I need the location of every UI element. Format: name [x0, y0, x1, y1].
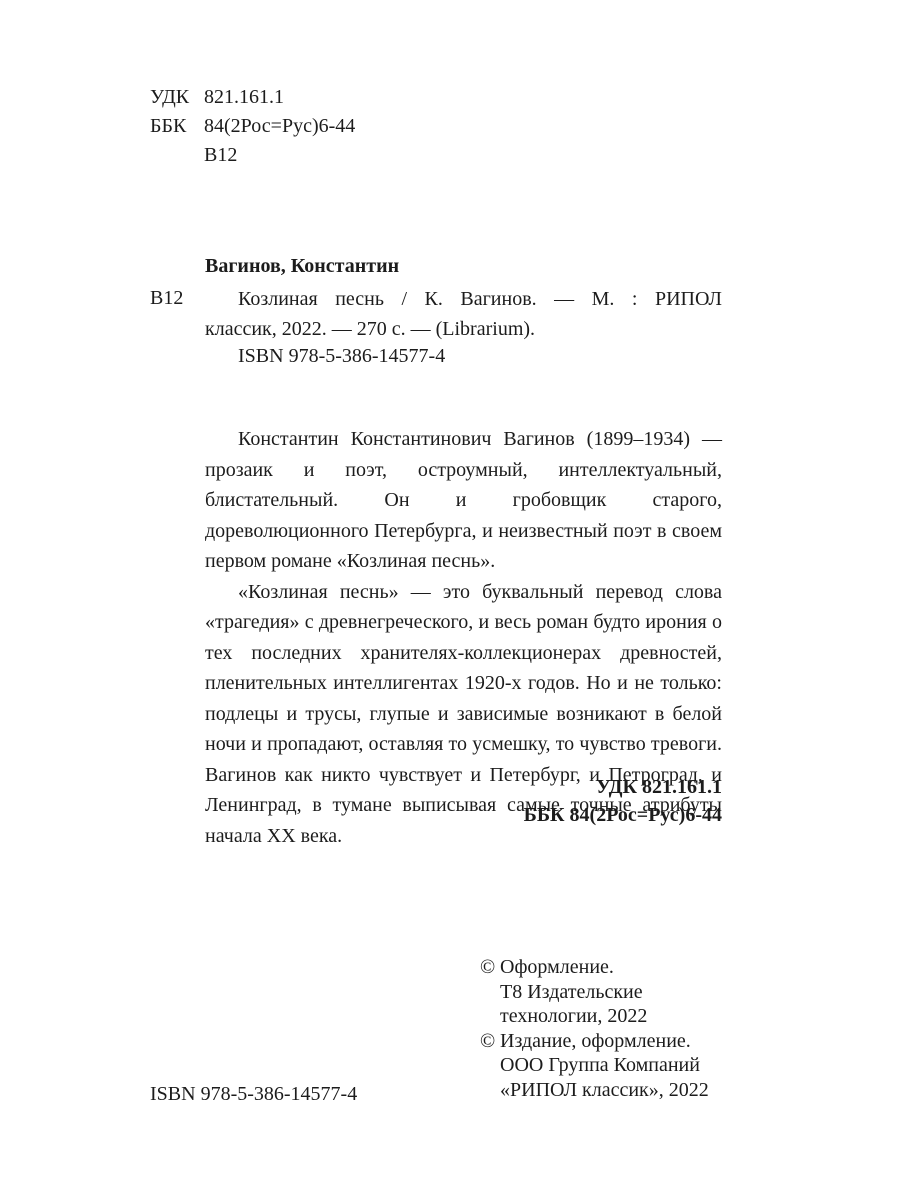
classification-summary: УДК 821.161.1 ББК 84(2Рос=Рус)6-44 — [524, 773, 722, 829]
record-author: Вагинов, Константин — [205, 252, 399, 280]
copyright-line: ООО Группа Компаний — [480, 1053, 709, 1078]
bbk-row: ББК84(2Рос=Рус)6-44 — [150, 112, 355, 140]
bib-line-1: Козлиная песнь / К. Вагинов. — М. : РИПО… — [205, 284, 722, 314]
bibliographic-description: Козлиная песнь / К. Вагинов. — М. : РИПО… — [205, 284, 722, 344]
copyright-icon: © — [480, 955, 500, 980]
copyright-line: технологии, 2022 — [480, 1004, 709, 1029]
bib-line-2: классик, 2022. — 270 с. — (Librarium). — [205, 314, 722, 344]
copyright-line: Оформление. — [500, 956, 614, 978]
annotation-paragraph: Константин Константинович Вагинов (1899–… — [205, 424, 722, 577]
copyright-line: Т8 Издательские — [480, 980, 709, 1005]
author-code-row: В12 — [150, 141, 237, 169]
copyright-line: Издание, оформление. — [500, 1030, 691, 1052]
record-isbn: ISBN 978-5-386-14577-4 — [238, 341, 445, 371]
udk-value: 821.161.1 — [204, 83, 284, 111]
udk-label: УДК — [150, 83, 204, 111]
bbk-label: ББК — [150, 112, 204, 140]
udk-summary: УДК 821.161.1 — [524, 773, 722, 801]
copyright-line: «РИПОЛ классик», 2022 — [480, 1078, 709, 1103]
isbn-bottom: ISBN 978-5-386-14577-4 — [150, 1082, 357, 1106]
record-side-code: В12 — [150, 284, 183, 312]
bbk-summary: ББК 84(2Рос=Рус)6-44 — [524, 801, 722, 829]
udk-row: УДК821.161.1 — [150, 83, 284, 111]
bbk-value: 84(2Рос=Рус)6-44 — [204, 112, 355, 140]
author-code: В12 — [204, 141, 237, 169]
copyright-icon: © — [480, 1029, 500, 1054]
copyright-block: ©Оформление. Т8 Издательские технологии,… — [480, 955, 709, 1102]
